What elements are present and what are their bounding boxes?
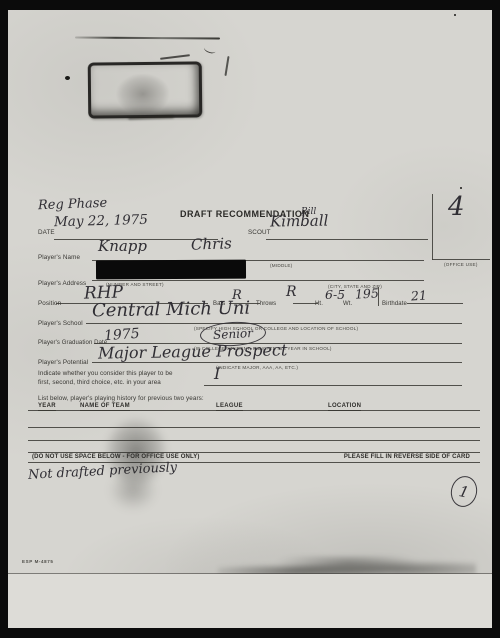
school-line [86,323,462,324]
weight-label: Wt. [343,301,352,307]
player-first-name-handwriting: Chris [191,236,232,252]
address-redaction-bar [96,260,246,280]
player-address-label: Player's Address [38,280,86,287]
choice-text-line1: Indicate whether you consider this playe… [38,370,173,377]
potential-value-handwriting: Major League Prospect [98,342,288,361]
pen-squiggle [224,56,229,76]
pen-squiggle [203,44,217,54]
paper-texture [8,10,492,628]
scout-line [266,239,428,240]
form-code: ESP M-4875 [22,559,53,564]
pen-squiggle [160,54,190,60]
card-number-handwriting: 4 [448,194,465,220]
school-label: Player's School [38,320,83,327]
birthdate-label: Birthdate [382,301,407,307]
address-line [92,280,424,281]
history-intro: List below, player's playing history for… [38,395,204,402]
choice-line [204,385,462,386]
throws-label: Throws [256,301,276,307]
office-note-handwriting: Not drafted previously [28,461,178,482]
graduation-value-handwriting: 1975 [104,327,141,343]
birthdate-divider [378,287,379,306]
history-row-line [28,440,480,441]
date-label: DATE [38,229,55,236]
potential-line [92,362,462,363]
circled-number: 1 [448,473,480,509]
throws-value-handwriting: R [286,285,297,299]
ink-speck [65,76,70,80]
scout-name-handwriting: Kimball [270,213,329,229]
history-row-line [28,427,480,428]
stamp-smudge [128,115,174,120]
ink-speck [460,187,462,189]
player-name-label: Player's Name [38,254,80,261]
height-value-handwriting: 6-5 [325,289,345,302]
potential-sublabel: (INDICATE MAJOR, AAA, AA, ETC.) [216,365,298,370]
school-value-handwriting: Central Mich Uni [92,300,250,321]
date-value-handwriting: May 22, 1975 [54,214,148,230]
potential-label: Player's Potential [38,359,88,366]
choice-text-line2: first, second, third choice, etc. in you… [38,379,161,386]
scan-artifact-line [75,36,220,39]
office-band-right-note: PLEASE FILL IN REVERSE SIDE OF CARD [344,454,470,460]
height-label: Ht. [315,301,323,307]
history-row-line [28,410,480,411]
scanned-card-page: Reg Phase DRAFT RECOMMENDATION 4 (OFFICE… [0,0,500,638]
year-in-school-handwriting: Senior [213,326,254,342]
phase-note-handwriting: Reg Phase [38,197,108,212]
circled-number-handwriting: 1 [457,482,470,502]
middle-name-label: (MIDDLE) [270,263,292,268]
ink-speck [454,14,456,16]
office-use-box-bottom [432,259,490,260]
office-band-left-note: (DO NOT USE SPACE BELOW - FOR OFFICE USE… [32,454,200,460]
stamp-box [88,61,203,118]
birthdate-value-handwriting: 21 [411,289,428,303]
paper: Reg Phase DRAFT RECOMMENDATION 4 (OFFICE… [8,10,492,628]
office-use-box-left [432,194,433,260]
office-band-bottom-line [28,462,480,463]
scanner-margin [8,574,492,628]
office-band-top-line [28,452,480,453]
birthdate-line [407,303,463,304]
choice-value-handwriting: I [214,366,220,382]
office-use-label: (OFFICE USE) [444,262,478,267]
weight-value-handwriting: 195 [355,287,379,301]
player-last-name-handwriting: Knapp [98,239,147,254]
scout-label: SCOUT [248,229,271,236]
